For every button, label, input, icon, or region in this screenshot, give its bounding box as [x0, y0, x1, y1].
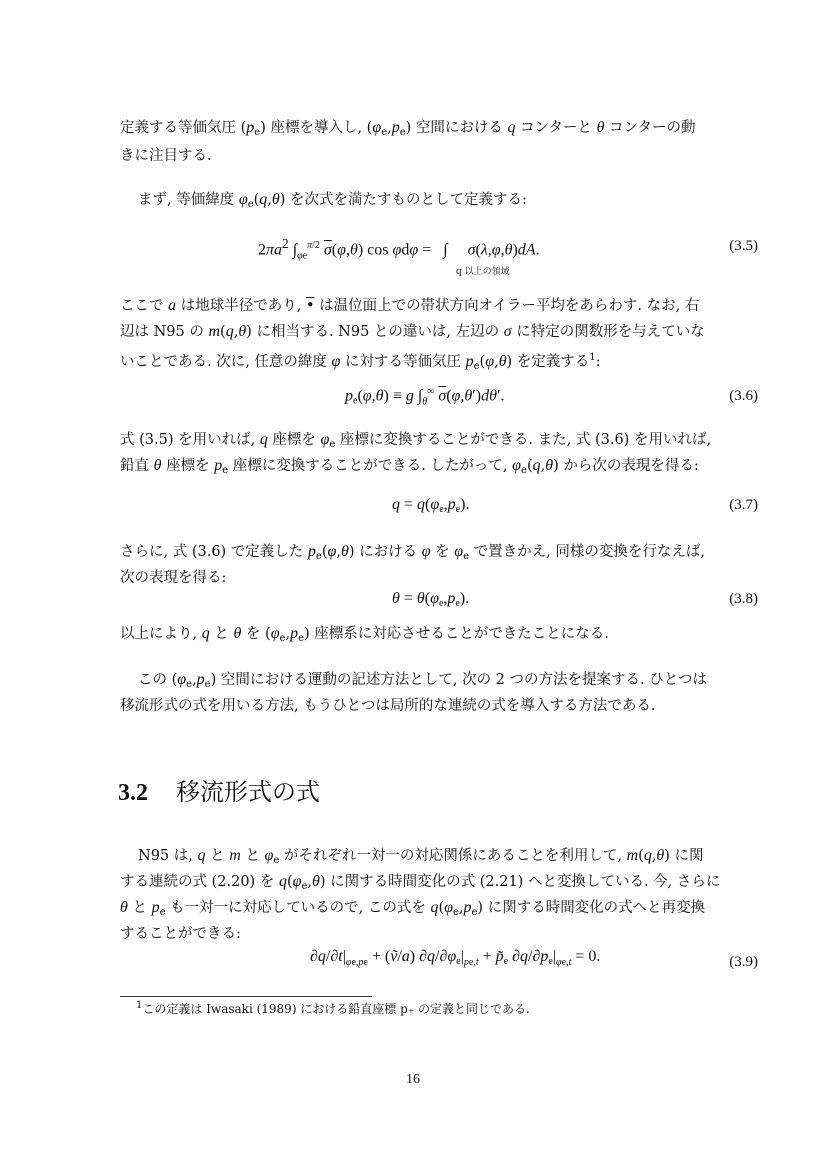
section-heading: 3.2移流形式の式	[118, 772, 320, 807]
paragraph-5-line-2: 次の表現を得る:	[120, 568, 226, 588]
paragraph-6: 以上により, q と θ を (φe,pe) 座標系に対応させることができたこと…	[120, 624, 609, 649]
footnote: 1この定義は Iwasaki (1989) における鉛直座標 p₊ の定義と同じ…	[136, 1000, 530, 1017]
paragraph-1-line-2: きに注目する.	[120, 146, 212, 166]
section-title: 移流形式の式	[176, 778, 320, 806]
equation-3-9: ∂q/∂t|φe,pe + (ṽ/a) ∂q/∂φe|pe,t + p̃̇e ∂…	[310, 948, 600, 968]
equation-number: (3.9)	[729, 954, 758, 971]
equation-3-8: θ = θ(φe,pe).	[392, 590, 469, 609]
footnote-rule	[120, 996, 372, 997]
equation-3-7: q = q(φe,pe).	[392, 496, 469, 515]
equation-3-6: pe(φ,θ) ≡ g ∫θ∞ σ(φ,θ′)dθ′.	[345, 386, 504, 408]
paragraph-2: まず, 等価緯度 φe(q,θ) を次式を満たすものとして定義する:	[138, 190, 527, 215]
paragraph-8-line-3: θ と pe も一対一に対応しているので, この式を q(φe,pe) に関する…	[120, 898, 705, 923]
equation-number: (3.8)	[729, 591, 758, 608]
paragraph-3-line-1: ここで a は地球半径であり, • は温位面上での帯状方向オイラー平均をあらわす…	[120, 296, 699, 316]
paragraph-3-line-2: 辺は N95 の m(q,θ) に相当する. N95 との違いは, 左辺の σ …	[120, 322, 705, 342]
paragraph-7-line-1: この (φe,pe) 空間における運動の記述方法として, 次の 2 つの方法を提…	[138, 670, 707, 695]
section-number: 3.2	[118, 780, 148, 806]
paragraph-4-line-2: 鉛直 θ 座標を pe 座標に変換することができる. したがって, φe(q,θ…	[120, 456, 699, 481]
paragraph-8-line-4: することができる:	[120, 924, 241, 944]
paragraph-5-line-1: さらに, 式 (3.6) で定義した pe(φ,θ) における φ を φe で…	[120, 542, 705, 567]
equation-number: (3.7)	[729, 497, 758, 514]
paragraph-4-line-1: 式 (3.5) を用いれば, q 座標を φe 座標に変換することができる. ま…	[120, 430, 711, 455]
footnote-text: この定義は Iwasaki (1989) における鉛直座標 p₊ の定義と同じで…	[142, 1002, 529, 1016]
equation-3-5: 2πa2 ∫φeπ/2 σ(φ,θ) cos φdφ = ∫ σ(λ,φ,θ)d…	[258, 236, 540, 262]
equation-number: (3.6)	[729, 388, 758, 405]
paragraph-8-line-1: N95 は, q と m と φe がそれぞれ一対一の対応関係にあることを利用し…	[138, 846, 704, 871]
paragraph-1-line-1: 定義する等価気圧 (pe) 座標を導入し, (φe,pe) 空間における q コ…	[120, 118, 696, 143]
page-number: 16	[0, 1072, 826, 1088]
equation-number: (3.5)	[729, 238, 758, 255]
integral-domain-label: q 以上の領域	[456, 264, 510, 277]
paragraph-3-line-3: いことである. 次に, 任意の緯度 φ に対する等価気圧 pe(φ,θ) を定義…	[120, 348, 601, 377]
paragraph-8-line-2: する連続の式 (2.20) を q(φe,θ) に関する時間変化の式 (2.21…	[120, 872, 720, 897]
paragraph-7-line-2: 移流形式の式を用いる方法, もうひとつは局所的な連続の式を導入する方法である.	[120, 696, 656, 716]
